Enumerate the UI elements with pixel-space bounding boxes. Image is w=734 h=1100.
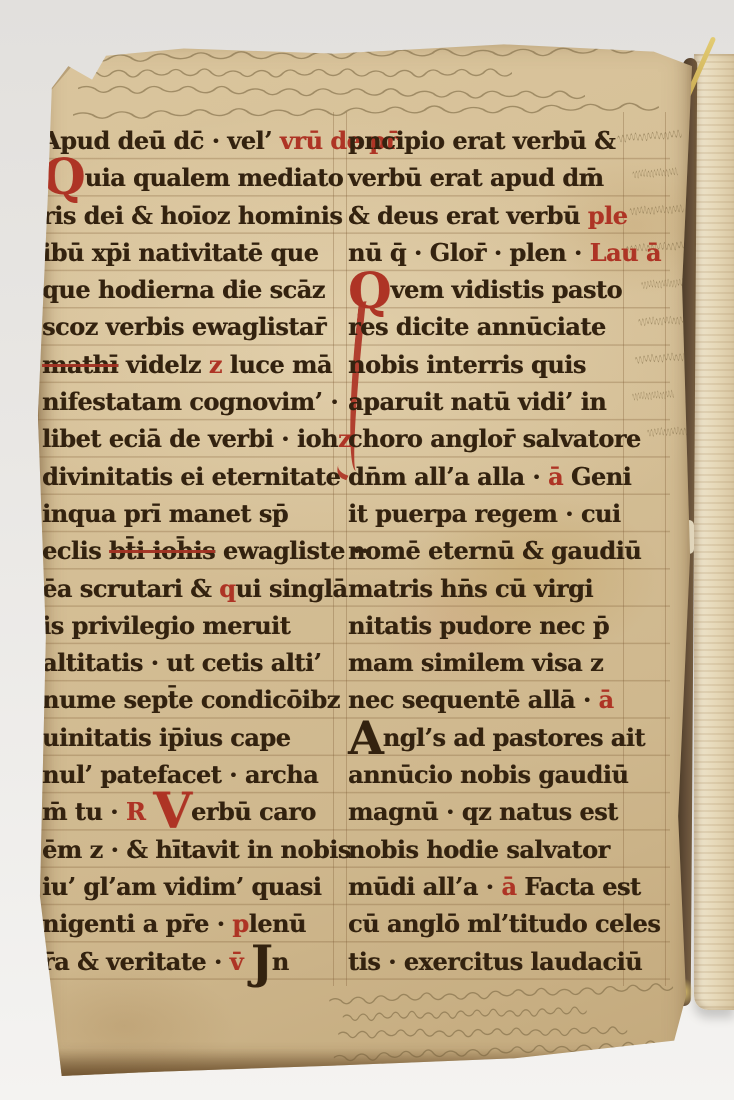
body-text: choro anglor̄ salvatore [348,424,641,453]
text-line: nume sept̄e condicōibz [42,681,344,718]
body-text: ēa scrutari & [42,574,219,603]
text-line: mam similem visa z [348,644,678,681]
body-text: m̄ tu · [42,797,126,826]
body-text: erbū caro [191,797,316,826]
body-text: & deus erat verbū [348,201,588,230]
body-text: matris hn̄s cū virgi [348,574,593,603]
text-line: nigenti a pr̄e · plenū [42,905,344,942]
body-text: mam similem visa z [348,648,603,677]
rubric-text: Lau ā [590,238,661,267]
rubric-text: q [219,574,235,603]
body-text: ngl’s ad pastores ait [383,723,645,752]
text-line: scoz verbis ewaglistar̄ [42,308,344,345]
text-line: r̄a & veritate · v̄ Jn [42,943,344,980]
text-line: libet eciā de verbi · iohz [42,420,344,457]
body-text: divinitatis ei eternitate [42,462,340,491]
manuscript-page: Apud deū dc̄ · vel’ vrū de pr̄Quia quale… [34,36,694,1076]
body-text: nigenti a pr̄e · [42,909,232,938]
text-line: eclis bt̄i ioh̄is ewagliste ·· [42,532,344,569]
rubric-text: R [126,797,153,826]
body-text: bt̄i ioh̄is [109,536,215,565]
text-line: magnū · qz natus est [348,793,678,830]
body-text: inqua prī manet sp̄ [42,499,288,528]
body-text: nume sept̄e condicōibz [42,685,340,714]
body-text: nec sequentē allā · [348,685,599,714]
body-text: Facta est [524,872,640,901]
text-line: ēm z · & hītavit in nobis [42,831,344,868]
body-text: pncipio erat verbū & [348,126,615,155]
rubric-text: p [232,909,248,938]
rubric-text: v̄ [230,947,251,976]
text-column-left: Apud deū dc̄ · vel’ vrū de pr̄Quia quale… [42,122,344,980]
text-line: matris hn̄s cū virgi [348,570,678,607]
text-line: tis · exercitus laudaciū [348,943,678,980]
body-text: iu’ gl’am vidim’ quasi [42,872,321,901]
body-text: dn̄m all’a alla · [348,462,548,491]
text-line: annūcio nobis gaudiū [348,756,678,793]
text-line: ris dei & hoīoz hominis [42,197,344,234]
text-line: mūdi all’a · ā Facta est [348,868,678,905]
body-text: nifestatam cognovim’ · [42,387,338,416]
rubric-text: ā [548,462,571,491]
body-text: magnū · qz natus est [348,797,618,826]
text-line: nū q̄ · Glor̄ · plen · Lau ā [348,234,678,271]
text-line: pncipio erat verbū & [348,122,678,159]
text-line: nobis hodie salvator [348,831,678,868]
text-line: nul’ patefacet · archa [42,756,344,793]
text-line: aparuit natū vidi’ in [348,383,678,420]
text-line: m̄ tu · R Verbū caro [42,793,344,830]
body-text: Geni [571,462,631,491]
body-text: uia qualem mediato [85,163,344,192]
text-line: altitatis · ut cetis alti’ [42,644,344,681]
text-line: que hodierna die scāz [42,271,344,308]
text-line: uinitatis ip̄ius cape [42,719,344,756]
rubric-text: ā [599,685,614,714]
body-text: res dicite annūciate [348,312,606,341]
body-text: cū anglō ml’titudo celes [348,909,660,938]
text-line: is privilegio meruit [42,607,344,644]
photo-backdrop: Apud deū dc̄ · vel’ vrū de pr̄Quia quale… [0,0,734,1100]
text-line: nobis interris quis [348,346,678,383]
body-text: ēm z · & hītavit in nobis [42,835,351,864]
rubric-text: ā [501,872,524,901]
body-text: aparuit natū vidi’ in [348,387,606,416]
body-text: scoz verbis ewaglistar̄ [42,312,326,341]
body-text: ibū xp̄i nativitatē que [42,238,318,267]
text-line: res dicite annūciate [348,308,678,345]
text-line: ibū xp̄i nativitatē que [42,234,344,271]
body-text: ris dei & hoīoz hominis [42,201,342,230]
text-line: cū anglō ml’titudo celes [348,905,678,942]
body-text: ewagliste ·· [215,536,368,565]
book-fore-edge [694,54,734,1010]
body-text: libet eciā de verbi · ioh [42,424,338,453]
ruling-vertical [38,112,39,986]
text-line: Quia qualem mediato [42,159,344,196]
body-text: n [272,947,289,976]
text-line: Angl’s ad pastores ait [348,719,678,756]
body-text: luce mā [222,350,332,379]
text-line: iu’ gl’am vidim’ quasi [42,868,344,905]
body-text: eclis [42,536,109,565]
rubricated-initial: J [251,935,272,989]
top-marginalia [70,46,674,122]
body-text: nobis hodie salvator [348,835,610,864]
text-line: ēa scrutari & qui singlā [42,570,344,607]
text-line: Apud deū dc̄ · vel’ vrū de pr̄ [42,122,344,159]
body-text: tis · exercitus laudaciū [348,947,642,976]
text-line: & deus erat verbū ple [348,197,678,234]
text-line: dn̄m all’a alla · ā Geni [348,458,678,495]
text-line: mathī videlz z luce mā [42,346,344,383]
rubric-text: z [209,350,222,379]
body-text: uinitatis ip̄ius cape [42,723,290,752]
page-bottom-edge [34,1048,694,1076]
text-line: it puerpa regem · cui [348,495,678,532]
body-text: nobis interris quis [348,350,586,379]
text-line: nec sequentē allā · ā [348,681,678,718]
body-text: it puerpa regem · cui [348,499,621,528]
body-text: nomē eternū & gaudiū [348,536,641,565]
text-line: Qvem vidistis pasto [348,271,678,308]
text-line: divinitatis ei eternitate [42,458,344,495]
text-line: nifestatam cognovim’ · [42,383,344,420]
text-line: nomē eternū & gaudiū [348,532,678,569]
body-text: nitatis pudore nec p̄ [348,611,609,640]
text-column-right: pncipio erat verbū &verbū erat apud dm̄&… [348,122,678,980]
body-text: videlz [118,350,209,379]
body-text: altitatis · ut cetis alti’ [42,648,321,677]
body-text: ui singlā [235,574,347,603]
text-line: verbū erat apud dm̄ [348,159,678,196]
text-line: nitatis pudore nec p̄ [348,607,678,644]
body-text: verbū erat apud dm̄ [348,163,603,192]
body-text: is privilegio meruit [42,611,290,640]
text-line: choro anglor̄ salvatore [348,420,678,457]
text-line: inqua prī manet sp̄ [42,495,344,532]
body-text: vem vidistis pasto [391,275,622,304]
rubric-text: ple [588,201,628,230]
body-text: mūdi all’a · [348,872,501,901]
body-text: mathī [42,350,118,379]
body-text: que hodierna die scāz [42,275,325,304]
body-text: r̄a & veritate · [42,947,230,976]
body-text: annūcio nobis gaudiū [348,760,628,789]
